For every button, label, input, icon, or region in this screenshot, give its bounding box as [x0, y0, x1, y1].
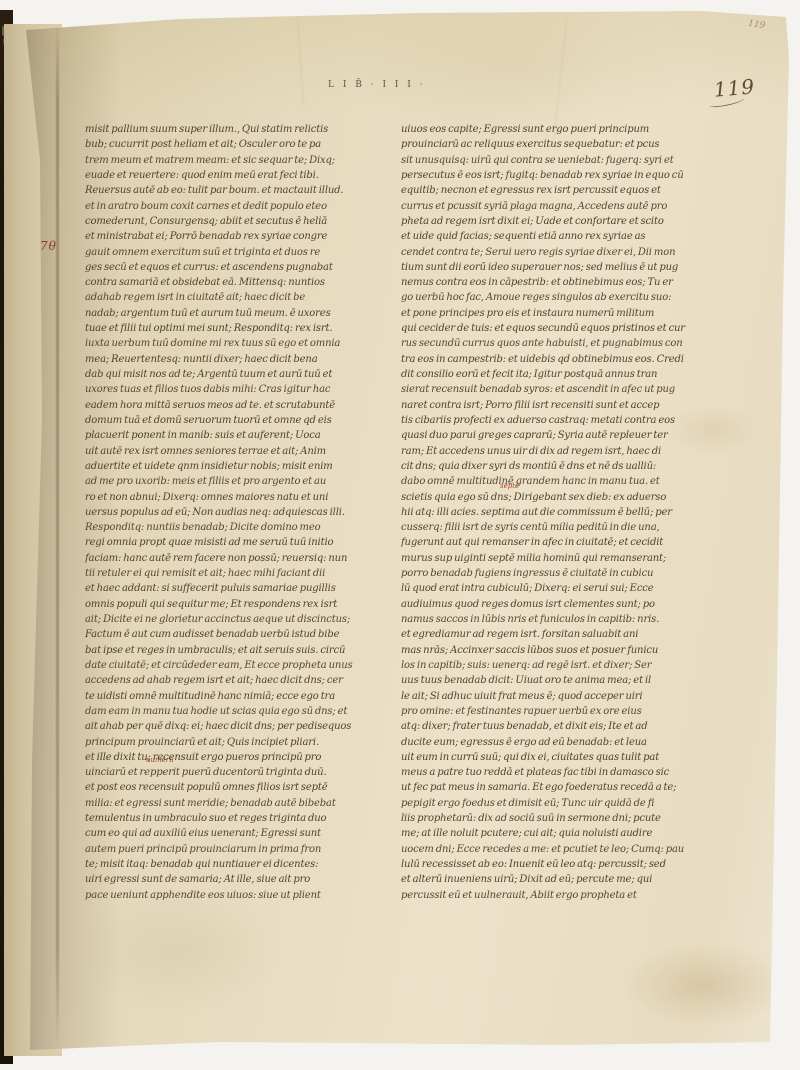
- manuscript-line: rus secundū currus quos ante habuisti, e…: [401, 336, 711, 351]
- manuscript-line: iuxta uerbum tuū domine mi rex tuus sū e…: [85, 336, 395, 351]
- manuscript-line: et ille dixit tu; recensuit ergo pueros …: [85, 750, 395, 765]
- manuscript-line: regi omnia propt quae misisti ad me seru…: [85, 535, 395, 550]
- manuscript-line: uus tuus benadab dicit: Uiuat oro te ani…: [401, 673, 711, 688]
- manuscript-line: dit consilio eorū et fecit ita; Igitur p…: [401, 367, 711, 382]
- manuscript-line: qui cecider de tuis: et equos secundū eq…: [401, 321, 711, 336]
- manuscript-photo: ae'ezr'stemqdaeurēſcbaemrteaduesat L I B…: [0, 0, 800, 1070]
- manuscript-line: et pone principes pro eis et instaura nu…: [401, 306, 711, 321]
- manuscript-line: dam eam in manu tua hodie ut scias quia …: [85, 704, 395, 719]
- manuscript-line: uxores tuas et filios tuos dabis mihi: C…: [85, 382, 395, 397]
- manuscript-line: et egrediamur ad regem isrt. forsitan sa…: [401, 627, 711, 642]
- manuscript-line: uersus populus ad eū; Non audias neq: ad…: [85, 505, 395, 520]
- manuscript-line: comederunt, Consurgensq; abiit et secutu…: [85, 214, 395, 229]
- manuscript-line: lulū recessisset ab eo: Inuenit eū leo a…: [401, 857, 711, 872]
- manuscript-line: tra eos in campestrib: et uidebis qd obt…: [401, 352, 711, 367]
- manuscript-line: ut fec pat meus in samaria. Et ego foede…: [401, 780, 711, 795]
- manuscript-line: milia: et egressi sunt meridie; benadab …: [85, 796, 395, 811]
- manuscript-line: bub; cucurrit post heliam et ait; Oscule…: [85, 137, 395, 152]
- manuscript-line: et uide quid facias; sequenti etiā anno …: [401, 229, 711, 244]
- manuscript-line: bat ipse et reges in umbraculis; et ait …: [85, 643, 395, 658]
- manuscript-line: ges secū et equos et currus: et ascenden…: [85, 260, 395, 275]
- manuscript-line: autem pueri principū prouinciarum in pri…: [85, 842, 395, 857]
- manuscript-line: go uerbū hoc fac, Amoue reges singulos a…: [401, 290, 711, 305]
- manuscript-line: namus saccos in lūbis nris et funiculos …: [401, 612, 711, 627]
- manuscript-line: tium sunt dii eorū ideo superauer nos; s…: [401, 260, 711, 275]
- gutter-seam-line: [56, 20, 59, 1050]
- manuscript-line: uinciarū et repperit puerū ducentorū tri…: [85, 765, 395, 780]
- manuscript-line: et haec addant: si suffecerit puluis sam…: [85, 581, 395, 596]
- manuscript-line: euade et reuertere: quod enim meū erat f…: [85, 168, 395, 183]
- manuscript-line: le ait; Si adhuc uiuit frat meus ē; quod…: [401, 689, 711, 704]
- manuscript-line: et in aratro boum coxit carnes et dedit …: [85, 199, 395, 214]
- manuscript-line: uit eum in currū suū; qui dix ei, ciuita…: [401, 750, 711, 765]
- manuscript-line: cusserq: filii isrt de syris centū milia…: [401, 520, 711, 535]
- manuscript-line: adahab regem isrt in ciuitatē ait; haec …: [85, 290, 395, 305]
- manuscript-line: tuae et filii tui optimi mei sunt; Respo…: [85, 321, 395, 336]
- manuscript-line: cendet contra te; Serui uero regis syria…: [401, 245, 711, 260]
- manuscript-line: sit unusquisq: uirū qui contra se uenieb…: [401, 153, 711, 168]
- manuscript-line: trem meum et matrem meam: et sic sequar …: [85, 153, 395, 168]
- manuscript-line: tis cibariis profecti ex aduerso castraq…: [401, 413, 711, 428]
- manuscript-line: et ministrabat ei; Porrō benadab rex syr…: [85, 229, 395, 244]
- manuscript-line: contra samariā et obsidebat eā. Mittensq…: [85, 275, 395, 290]
- manuscript-line: ro et non abnui; Dixerq: omnes maiores n…: [85, 490, 395, 505]
- manuscript-line: ram; Et accedens unus uir di dix ad rege…: [401, 444, 711, 459]
- manuscript-line: uiri egressi sunt de samaria; At ille, s…: [85, 872, 395, 887]
- manuscript-line: ducite eum; egressus ē ergo ad eū benada…: [401, 735, 711, 750]
- manuscript-line: temulentus in umbraculo suo et reges tri…: [85, 811, 395, 826]
- manuscript-line: misit pallium suum super illum., Qui sta…: [85, 122, 395, 137]
- manuscript-line: pace ueniunt apphendite eos uiuos: siue …: [85, 888, 395, 903]
- folio-number: 119: [713, 74, 757, 106]
- manuscript-line: Factum ē aut cum audisset benadab uerbū …: [85, 627, 395, 642]
- text-column-right: uiuos eos capite; Egressi sunt ergo puer…: [401, 122, 711, 908]
- manuscript-line: los in capitib; suis: uenerq: ad regē is…: [401, 658, 711, 673]
- manuscript-line: currus et pcussit syriā plaga magna, Acc…: [401, 199, 711, 214]
- manuscript-line: naret contra isrt; Porro filii isrt rece…: [401, 398, 711, 413]
- manuscript-line: dab qui misit nos ad te; Argentū tuum et…: [85, 367, 395, 382]
- manuscript-line: gauit omnem exercitum suū et triginta et…: [85, 245, 395, 260]
- manuscript-line: mas nrās; Accinxer saccis lūbos suos et …: [401, 643, 711, 658]
- manuscript-line: Reuersus autē ab eo: tulit par boum. et …: [85, 183, 395, 198]
- manuscript-line: cum eo qui ad auxiliū eius uenerant; Egr…: [85, 826, 395, 841]
- manuscript-line: ait; Dicite ei ne glorietur accinctus ae…: [85, 612, 395, 627]
- manuscript-line: mea; Reuertentesq: nuntii dixer; haec di…: [85, 352, 395, 367]
- manuscript-line: sierat recensuit benadab syros: et ascen…: [401, 382, 711, 397]
- manuscript-line: domum tuā et domū seruorum tuorū et omne…: [85, 413, 395, 428]
- manuscript-line: porro benadab fugiens ingressus ē ciuita…: [401, 566, 711, 581]
- manuscript-line: placuerit ponent in manib: suis et aufer…: [85, 428, 395, 443]
- manuscript-line: uocem dni; Ecce recedes a me: et pcutiet…: [401, 842, 711, 857]
- manuscript-line: principum prouinciarū et ait; Quis incip…: [85, 735, 395, 750]
- manuscript-line: pepigit ergo foedus et dimisit eū; Tunc …: [401, 796, 711, 811]
- manuscript-line: prouinciarū ac reliquus exercitus sequeb…: [401, 137, 711, 152]
- manuscript-line: meus a patre tuo reddā et plateas fac ti…: [401, 765, 711, 780]
- manuscript-line: et alterū inueniens uirū; Dixit ad eū; p…: [401, 872, 711, 887]
- manuscript-line: uit autē rex isrt omnes seniores terrae …: [85, 444, 395, 459]
- parchment-crease: [297, 16, 304, 106]
- manuscript-line: eadem hora mittā seruos meos ad te. et s…: [85, 398, 395, 413]
- manuscript-line: Responditq: nuntiis benadab; Dicite domi…: [85, 520, 395, 535]
- manuscript-line: scietis quia ego sū dns; Dirigebant sex …: [401, 490, 711, 505]
- manuscript-line: accedens ad ahab regem isrt et ait; haec…: [85, 673, 395, 688]
- manuscript-line: te uidisti omnē multitudinē hanc nimiā; …: [85, 689, 395, 704]
- manuscript-line: persecutus ē eos isrt; fugitq: benadab r…: [401, 168, 711, 183]
- manuscript-line: tii retuler ei qui remisit et ait; haec …: [85, 566, 395, 581]
- manuscript-line: date ciuitatē; et circūdeder eam, Et ecc…: [85, 658, 395, 673]
- manuscript-line: ad me pro uxorib: meis et filiis et pro …: [85, 474, 395, 489]
- manuscript-line: audiuimus quod reges domus isrt clemente…: [401, 597, 711, 612]
- manuscript-line: ait ahab per quē dixq: ei; haec dicit dn…: [85, 719, 395, 734]
- manuscript-line: pheta ad regem isrt dixit ei; Uade et co…: [401, 214, 711, 229]
- manuscript-line: faciam: hanc autē rem facere non possū; …: [85, 551, 395, 566]
- manuscript-line: nemus contra eos in cāpestrib: et obtine…: [401, 275, 711, 290]
- manuscript-line: murus sup uiginti septē milia hominū qui…: [401, 551, 711, 566]
- manuscript-line: atq: dixer; frater tuus benadab, et dixi…: [401, 719, 711, 734]
- manuscript-line: nadab; argentum tuū et aurum tuū meum. ē…: [85, 306, 395, 321]
- manuscript-line: et post eos recensuit populū omnes filio…: [85, 780, 395, 795]
- manuscript-line: uiuos eos capite; Egressi sunt ergo puer…: [401, 122, 711, 137]
- corner-foliation-number: 119: [747, 19, 765, 31]
- parchment-crease: [554, 18, 568, 137]
- manuscript-line: dabo omnē multitudinē grandem hanc in ma…: [401, 474, 711, 489]
- manuscript-line: equitib; necnon et egressus rex isrt per…: [401, 183, 711, 198]
- manuscript-line: fugerunt aut qui remanser in afec in ciu…: [401, 535, 711, 550]
- text-column-left: misit pallium suum super illum., Qui sta…: [85, 122, 395, 908]
- manuscript-line: aduertite et uidete qnm insidietur nobis…: [85, 459, 395, 474]
- manuscript-line: cit dns; quia dixer syri ds montiū ē dns…: [401, 459, 711, 474]
- running-title: L I B̄ · I I I ·: [328, 80, 426, 90]
- manuscript-page: L I B̄ · I I I · 119 119 7θ numerū septē…: [0, 0, 800, 1070]
- manuscript-line: te; misit itaq: benadab qui nuntiauer ei…: [85, 857, 395, 872]
- manuscript-line: lū quod erat intra cubiculū; Dixerq: ei …: [401, 581, 711, 596]
- manuscript-line: omnis populi qui sequitur me; Et respond…: [85, 597, 395, 612]
- margin-chapter-mark: 7θ: [40, 239, 57, 253]
- manuscript-line: hii atq: illi acies. septima aut die com…: [401, 505, 711, 520]
- manuscript-line: pro omine: et festinantes rapuer uerbū e…: [401, 704, 711, 719]
- manuscript-line: percussit eū et uulnerauit, Abiit ergo p…: [401, 888, 711, 903]
- manuscript-line: me; at ille noluit pcutere; cui ait; qui…: [401, 826, 711, 841]
- manuscript-line: quasi duo parui greges caprarū; Syria au…: [401, 428, 711, 443]
- manuscript-line: liis prophetarū: dix ad sociū suū in ser…: [401, 811, 711, 826]
